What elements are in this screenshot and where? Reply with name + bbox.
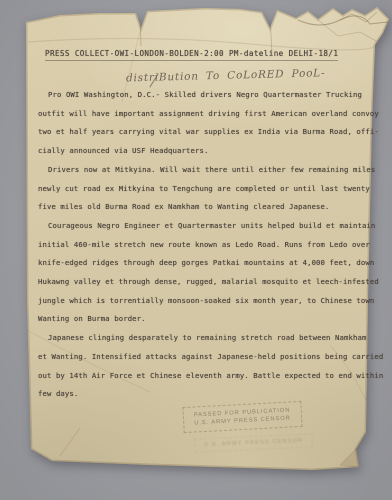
typed-line: two et half years carrying vital war sup… <box>38 123 383 142</box>
typed-line: Drivers now at Mitkyina. Will wait there… <box>38 161 383 180</box>
typed-line: outfit will have important assignment dr… <box>38 105 383 124</box>
typed-dispatch: PRESS COLLECT-OWI-LONDON-BOLDEN-2:00 PM-… <box>0 0 392 500</box>
typed-line: Wanting on Burma border. <box>38 310 383 329</box>
typed-line: cially announced via USF Headquarters. <box>38 142 383 161</box>
censor-stamp-ghost-impression: U.S. ARMY PRESS CENSOR <box>194 433 314 452</box>
typed-line: Pro OWI Washington, D.C.- Skilled driver… <box>38 86 383 105</box>
typed-line: few days. <box>38 385 383 404</box>
handwritten-annotation: distriBution To CoLoRED PooL- <box>126 66 386 85</box>
typed-line: et Wanting. Intensified attacks against … <box>38 348 383 367</box>
dispatch-header-line: PRESS COLLECT-OWI-LONDON-BOLDEN-2:00 PM-… <box>45 49 338 58</box>
typed-line: Hukawng valley et through dense, rugged,… <box>38 273 383 292</box>
dispatch-header-text: PRESS COLLECT-OWI-LONDON-BOLDEN-2:00 PM-… <box>45 49 338 61</box>
photo-background: PRESS COLLECT-OWI-LONDON-BOLDEN-2:00 PM-… <box>0 0 392 500</box>
typed-line: initial 460-mile stretch new route known… <box>38 236 383 255</box>
typed-line: knife-edged ridges through deep gorges P… <box>38 254 383 273</box>
typed-line: Courageous Negro Engineer et Quartermast… <box>38 217 383 236</box>
typed-line: five miles old Burma Road ex Namkham to … <box>38 198 383 217</box>
body-text: Pro OWI Washington, D.C.- Skilled driver… <box>38 86 383 404</box>
typed-line: newly cut road ex Mitkyina to Tengchung … <box>38 180 383 199</box>
typed-line: out by 14th Air Force et Chinese elevent… <box>38 367 383 386</box>
typed-line: Japanese clinging desparately to remaini… <box>38 329 383 348</box>
typed-line: jungle which is torrentially monsoon-soa… <box>38 292 383 311</box>
censor-stamp: PASSED FOR PUBLICATION U.S. ARMY PRESS C… <box>182 401 302 433</box>
